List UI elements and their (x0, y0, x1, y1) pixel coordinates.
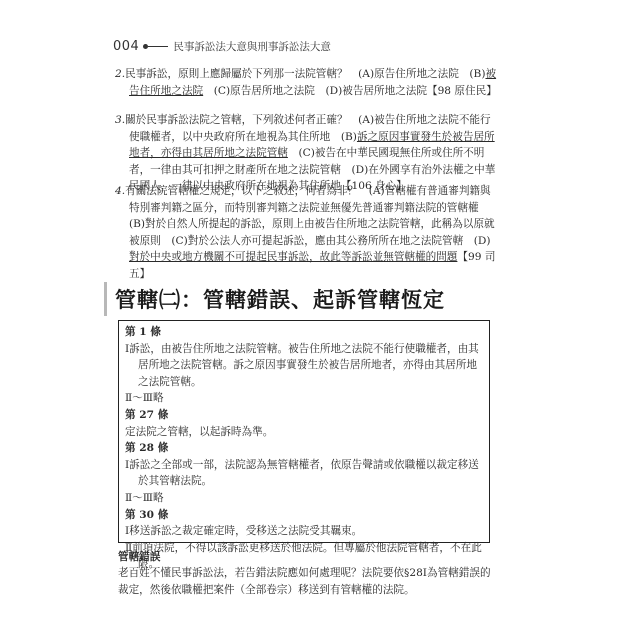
question-number: 3. (115, 114, 125, 126)
article-title: 第 30 條 (125, 507, 483, 524)
section-title: 管轄㈡：管轄錯誤、起訴管轄恆定 (115, 284, 445, 314)
question-text: 民事訴訟，原則上應歸屬於下列那一法院管轄？ (A)原告住所地之法院 (B) (125, 68, 485, 80)
article-paragraph: 定法院之管轄，以起訴時為準。 (125, 424, 483, 441)
article-1: 第 1 條 Ⅰ訴訟，由被告住所地之法院管轄。被告住所地之法院不能行使職權者，由其… (125, 324, 483, 407)
question-2: 2.民事訴訟，原則上應歸屬於下列那一法院管轄？ (A)原告住所地之法院 (B)被… (115, 66, 497, 99)
explanation-title: 管轄錯誤 (118, 549, 160, 564)
book-title: 民事訴訟法大意與刑事訴訟法大意 (173, 39, 331, 54)
article-paragraph: Ⅰ訴訟之全部或一部，法院認為無管轄權者，依原告聲請或依職權以裁定移送於其管轄法院… (125, 457, 483, 490)
page-header: 004 民事訴訟法大意與刑事訴訟法大意 (113, 39, 331, 54)
article-title: 第 28 條 (125, 440, 483, 457)
explanation-body: 老百姓不懂民事訴訟法，若告錯法院應如何處理呢？法院要依§28Ⅰ為管轄錯誤的裁定，… (118, 565, 493, 599)
question-text: 有關法院管轄權之規定，以下之敘述，何者為非？ (A)管轄權有普通審判籍與特別審判… (125, 185, 495, 247)
section-heading: 管轄㈡：管轄錯誤、起訴管轄恆定 (104, 282, 445, 316)
article-paragraph: Ⅰ移送訴訟之裁定確定時，受移送之法院受其羈束。 (125, 523, 483, 540)
page-number: 004 (113, 39, 139, 54)
answer-underlined: 對於中央或地方機關不可提起民事訴訟，故此等訴訟並無管轄權的問題 (129, 251, 457, 263)
question-number: 4. (115, 185, 125, 197)
law-articles-box: 第 1 條 Ⅰ訴訟，由被告住所地之法院管轄。被告住所地之法院不能行使職權者，由其… (118, 320, 490, 543)
article-paragraph: Ⅱ～Ⅲ略 (125, 490, 483, 507)
article-paragraph: Ⅰ訴訟，由被告住所地之法院管轄。被告住所地之法院不能行使職權者，由其居所地之法院… (125, 341, 483, 391)
question-number: 2. (115, 68, 125, 80)
article-28: 第 28 條 Ⅰ訴訟之全部或一部，法院認為無管轄權者，依原告聲請或依職權以裁定移… (125, 440, 483, 506)
article-30: 第 30 條 Ⅰ移送訴訟之裁定確定時，受移送之法院受其羈束。 Ⅱ前項法院，不得以… (125, 507, 483, 573)
article-27: 第 27 條 定法院之管轄，以起訴時為準。 (125, 407, 483, 440)
question-4: 4.有關法院管轄權之規定，以下之敘述，何者為非？ (A)管轄權有普通審判籍與特別… (115, 183, 497, 282)
article-paragraph: Ⅱ～Ⅲ略 (125, 390, 483, 407)
header-rule (148, 46, 168, 47)
question-text: (C)原告居所地之法院 (D)被告居所地之法院【98 原住民】 (203, 85, 497, 97)
article-title: 第 1 條 (125, 324, 483, 341)
article-title: 第 27 條 (125, 407, 483, 424)
